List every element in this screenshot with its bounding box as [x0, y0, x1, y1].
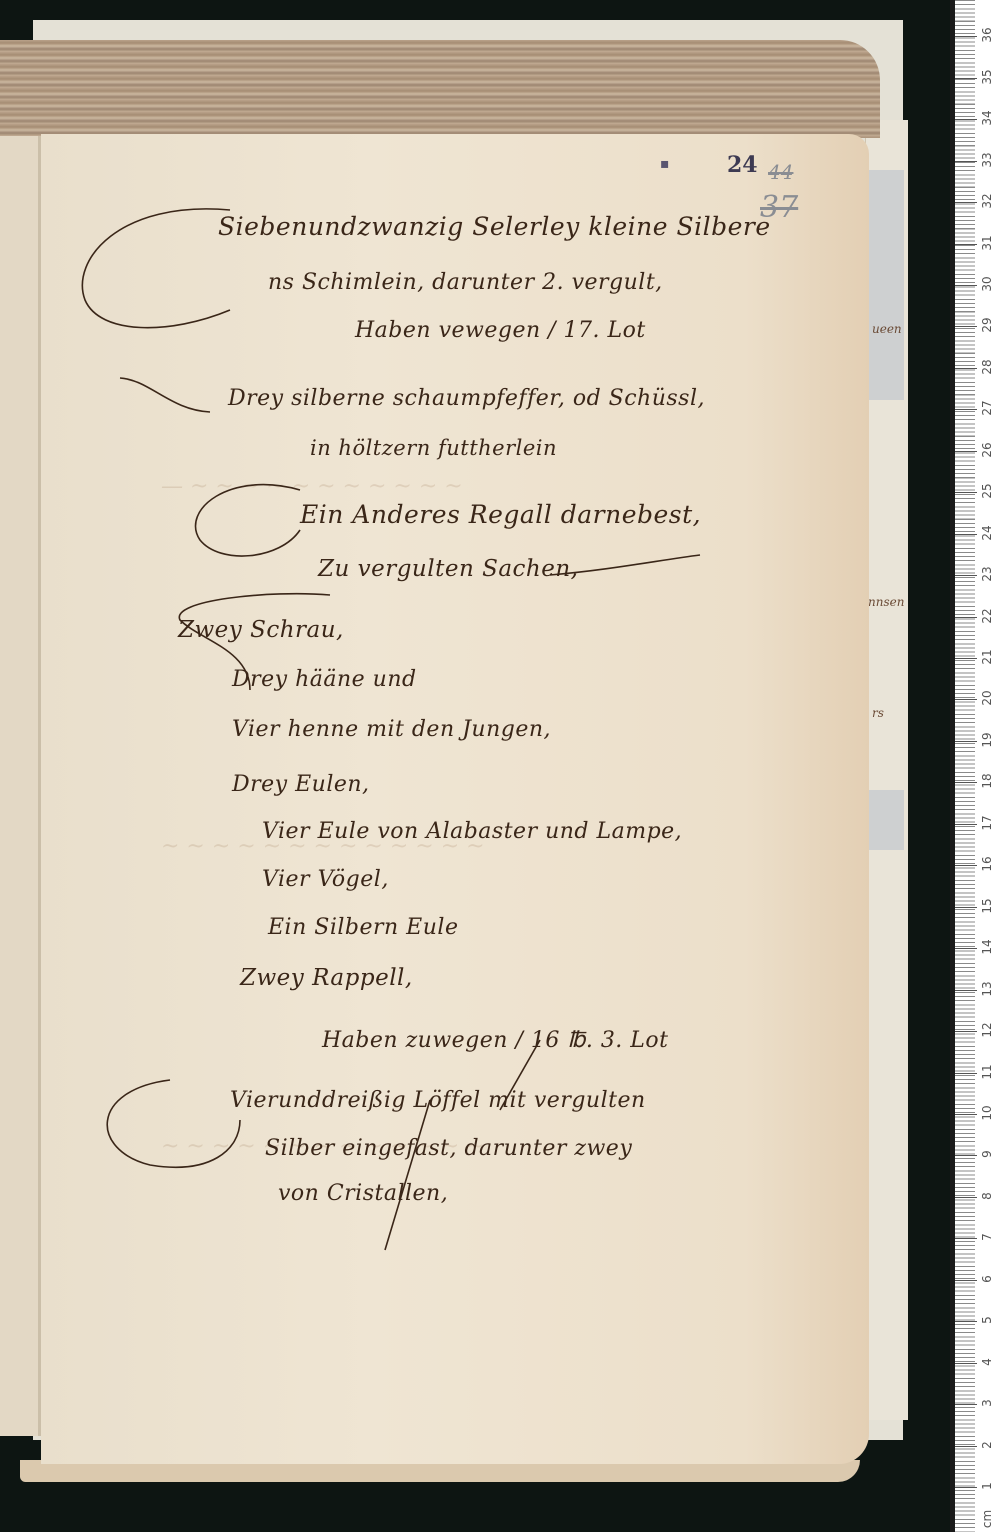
ruler-major-tick — [955, 617, 977, 618]
ruler-label: 12 — [980, 1018, 994, 1042]
ruler-unit-label: cm — [980, 1507, 994, 1531]
ruler-major-tick — [955, 1321, 977, 1322]
ruler-label: 18 — [980, 769, 994, 793]
manuscript-line: Drey hääne und — [232, 667, 417, 692]
ruler-major-tick — [955, 1197, 977, 1198]
ruler-major-tick — [955, 161, 977, 162]
ruler-major-tick — [955, 1280, 977, 1281]
ruler-major-tick — [955, 1238, 977, 1239]
ruler-label: 33 — [980, 148, 994, 172]
ruler-major-tick — [955, 36, 977, 37]
manuscript-line: Silber eingefast, darunter zwey — [265, 1136, 632, 1161]
ruler-major-tick — [955, 1031, 977, 1032]
ruler-label: 27 — [980, 396, 994, 420]
ruler-ticks — [955, 0, 975, 1532]
ruler-major-tick — [955, 948, 977, 949]
ruler-label: 29 — [980, 313, 994, 337]
manuscript-line: Zwey Schrau, — [178, 617, 344, 643]
ruler-label: 23 — [980, 562, 994, 586]
manuscript-total-line: Haben zuwegen / 16 ℔. 3. Lot — [322, 1028, 669, 1053]
ruler-major-tick — [955, 1404, 977, 1405]
ruler-label: 10 — [980, 1101, 994, 1125]
ruler-major-tick — [955, 451, 977, 452]
ruler-label: 35 — [980, 65, 994, 89]
ruler-label: 3 — [980, 1391, 994, 1415]
ruler-label: 4 — [980, 1350, 994, 1374]
ruler-major-tick — [955, 1487, 977, 1488]
ruler-label: 8 — [980, 1184, 994, 1208]
ruler-label: 13 — [980, 977, 994, 1001]
manuscript-line: Vier Eule von Alabaster und Lampe, — [262, 819, 682, 844]
ruler-label: 9 — [980, 1142, 994, 1166]
ruler-label: 7 — [980, 1225, 994, 1249]
ruler-label: 22 — [980, 604, 994, 628]
ruler-major-tick — [955, 1073, 977, 1074]
ruler-label: 20 — [980, 686, 994, 710]
ruler-label: 30 — [980, 272, 994, 296]
ruler-major-tick — [955, 699, 977, 700]
ruler-label: 31 — [980, 231, 994, 255]
ruler-major-tick — [955, 202, 977, 203]
manuscript-line: Drey silberne schaumpfeffer, od Schüssl, — [228, 386, 705, 411]
ruler-major-tick — [955, 1363, 977, 1364]
ruler-major-tick — [955, 368, 977, 369]
ruler-major-tick — [955, 865, 977, 866]
ruler-major-tick — [955, 244, 977, 245]
ruler-major-tick — [955, 119, 977, 120]
ruler-major-tick — [955, 782, 977, 783]
ruler-major-tick — [955, 534, 977, 535]
ruler-major-tick — [955, 575, 977, 576]
ruler-major-tick — [955, 78, 977, 79]
manuscript-line: Vier henne mit den Jungen, — [232, 717, 551, 742]
ruler-major-tick — [955, 1446, 977, 1447]
ruler-label: 24 — [980, 521, 994, 545]
ruler-major-tick — [955, 1114, 977, 1115]
ruler-major-tick — [955, 824, 977, 825]
ruler-major-tick — [955, 285, 977, 286]
measurement-ruler: cm 1234567891011121314151617181920212223… — [955, 0, 1000, 1532]
ruler-label: 1 — [980, 1474, 994, 1498]
ruler-label: 6 — [980, 1267, 994, 1291]
ruler-label: 5 — [980, 1308, 994, 1332]
manuscript-line: Drey Eulen, — [232, 772, 370, 797]
ruler-label: 16 — [980, 852, 994, 876]
ruler-label: 14 — [980, 935, 994, 959]
ruler-label: 2 — [980, 1433, 994, 1457]
manuscript-line: Ein Silbern Eule — [268, 915, 458, 940]
manuscript-line: Haben vewegen / 17. Lot — [355, 318, 646, 343]
manuscript-line: Vier Vögel, — [262, 867, 389, 892]
ruler-major-tick — [955, 741, 977, 742]
manuscript-line: in höltzern futtherlein — [310, 436, 557, 460]
ruler-major-tick — [955, 658, 977, 659]
ruler-label: 21 — [980, 645, 994, 669]
manuscript-line: ns Schimlein, darunter 2. vergult, — [268, 270, 663, 295]
ruler-major-tick — [955, 326, 977, 327]
ruler-label: 19 — [980, 728, 994, 752]
ruler-major-tick — [955, 990, 977, 991]
ruler-label: 36 — [980, 23, 994, 47]
ruler-label: 26 — [980, 438, 994, 462]
ruler-major-tick — [955, 1155, 977, 1156]
manuscript-heading: Zu vergulten Sachen, — [318, 556, 578, 582]
ruler-major-tick — [955, 409, 977, 410]
ruler-label: 28 — [980, 355, 994, 379]
ruler-label: 25 — [980, 479, 994, 503]
ruler-label: 17 — [980, 811, 994, 835]
ruler-label: 34 — [980, 106, 994, 130]
manuscript-heading: Ein Anderes Regall darnebest, — [300, 500, 701, 529]
manuscript-line: Vierunddreißig Löffel mit vergulten — [230, 1088, 646, 1113]
ruler-label: 15 — [980, 894, 994, 918]
ruler-major-tick — [955, 492, 977, 493]
ruler-label: 32 — [980, 189, 994, 213]
ruler-major-tick — [955, 907, 977, 908]
manuscript-line: von Cristallen, — [278, 1181, 448, 1206]
manuscript-line: Zwey Rappell, — [240, 965, 413, 991]
ruler-label: 11 — [980, 1060, 994, 1084]
manuscript-line: Siebenundzwanzig Selerley kleine Silbere — [218, 212, 771, 241]
